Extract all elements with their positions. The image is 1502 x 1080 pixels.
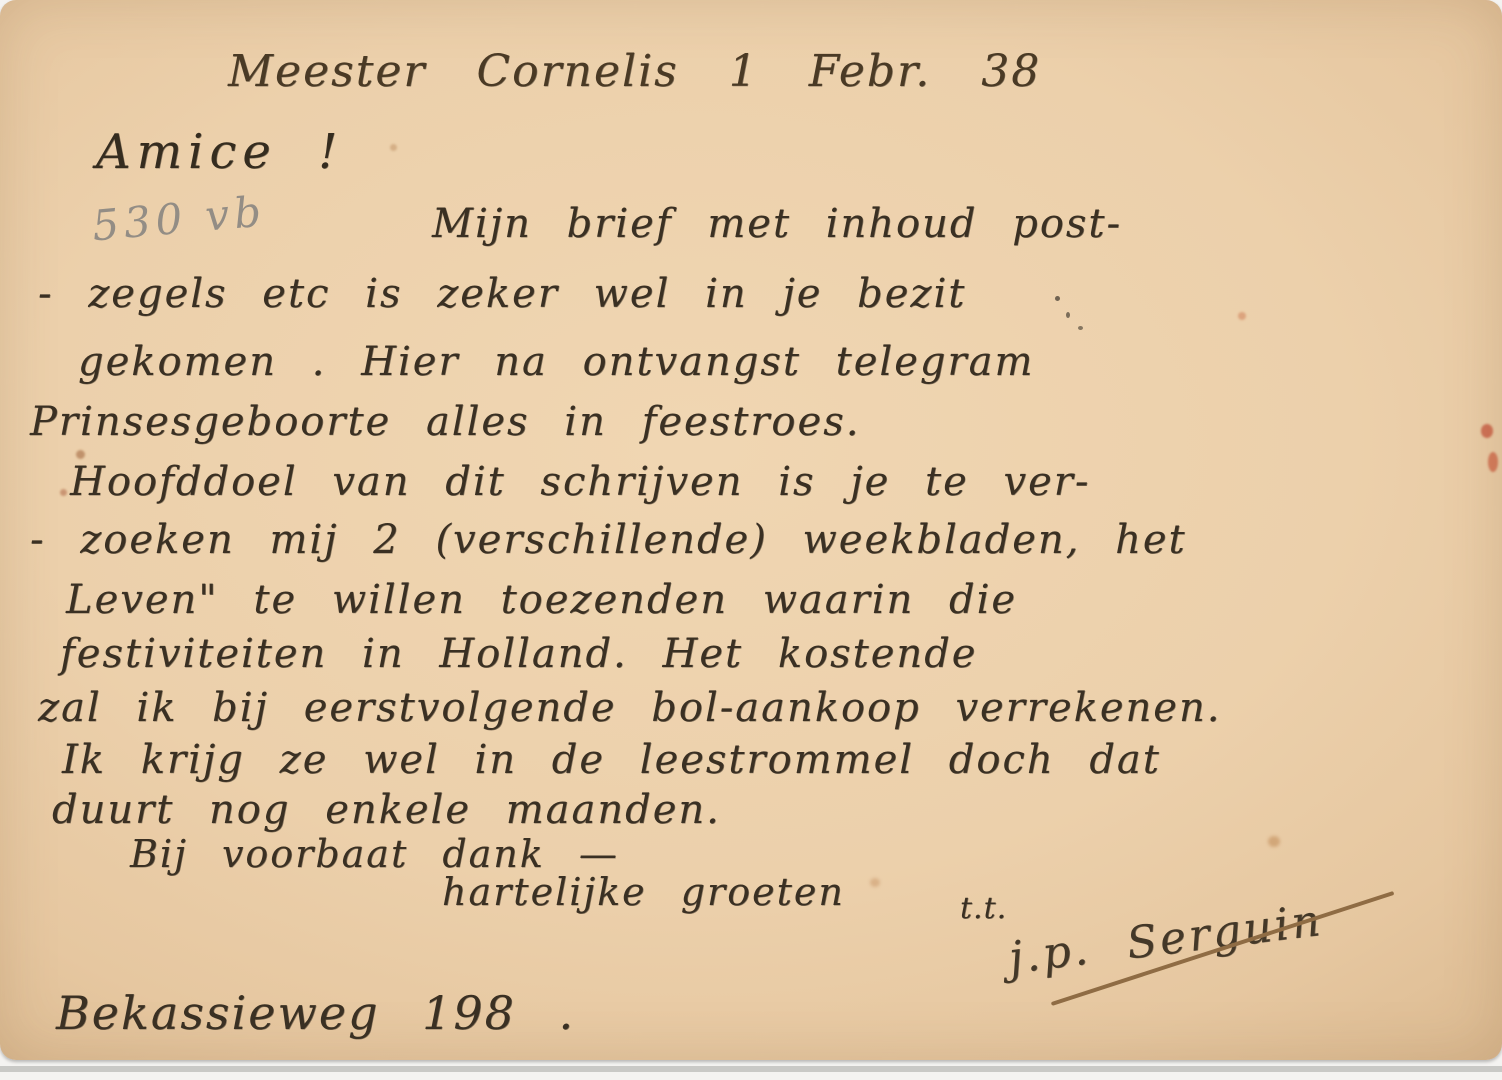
closing-tt: t.t. — [960, 892, 1007, 925]
foxing-spot — [870, 878, 880, 887]
sender-address: Bekassieweg 198 . — [56, 988, 575, 1039]
body-line: duurt nog enkele maanden. — [52, 788, 721, 832]
salutation: Amice ! — [96, 126, 343, 179]
body-line: Ik krijg ze wel in de leestrommel doch d… — [62, 738, 1161, 782]
red-stain — [1488, 452, 1498, 472]
body-line: Prinsesgeboorte alles in feestroes. — [30, 400, 860, 444]
body-line: Mijn brief met inhoud post- — [432, 202, 1122, 246]
red-stain — [1481, 424, 1493, 438]
body-line: gekomen . Hier na ontvangst telegram — [78, 340, 1034, 384]
body-line: - zoeken mij 2 (verschillende) weekblade… — [30, 518, 1187, 562]
dateline: Meester Cornelis 1 Febr. 38 — [228, 48, 1041, 96]
closing-regards: hartelijke groeten — [442, 872, 845, 914]
postcard-scan: { "postcard": { "pencil_note": "530 vb",… — [0, 0, 1502, 1080]
body-line: - zegels etc is zeker wel in je bezit — [38, 272, 966, 316]
ink-stain — [60, 489, 67, 496]
scan-edge — [0, 1066, 1502, 1072]
body-line: Hoofddoel van dit schrijven is je te ver… — [70, 460, 1090, 504]
postcard-paper: Meester Cornelis 1 Febr. 38 Amice ! 530 … — [0, 0, 1502, 1060]
body-line: zal ik bij eerstvolgende bol-aankoop ver… — [38, 686, 1221, 730]
foxing-spot — [390, 144, 397, 151]
ink-speckle — [1066, 312, 1070, 318]
pencil-inventory-note: 530 vb — [90, 187, 268, 251]
foxing-spot — [1268, 836, 1280, 847]
body-line: Leven" te willen toezenden waarin die — [66, 578, 1017, 622]
body-line: festiviteiten in Holland. Het kostende — [60, 632, 977, 676]
ink-speckle — [1055, 296, 1060, 301]
foxing-spot — [1238, 312, 1246, 320]
ink-speckle — [1078, 326, 1083, 330]
ink-stain — [76, 450, 85, 459]
signature: j.p. Serguin — [1006, 897, 1325, 984]
